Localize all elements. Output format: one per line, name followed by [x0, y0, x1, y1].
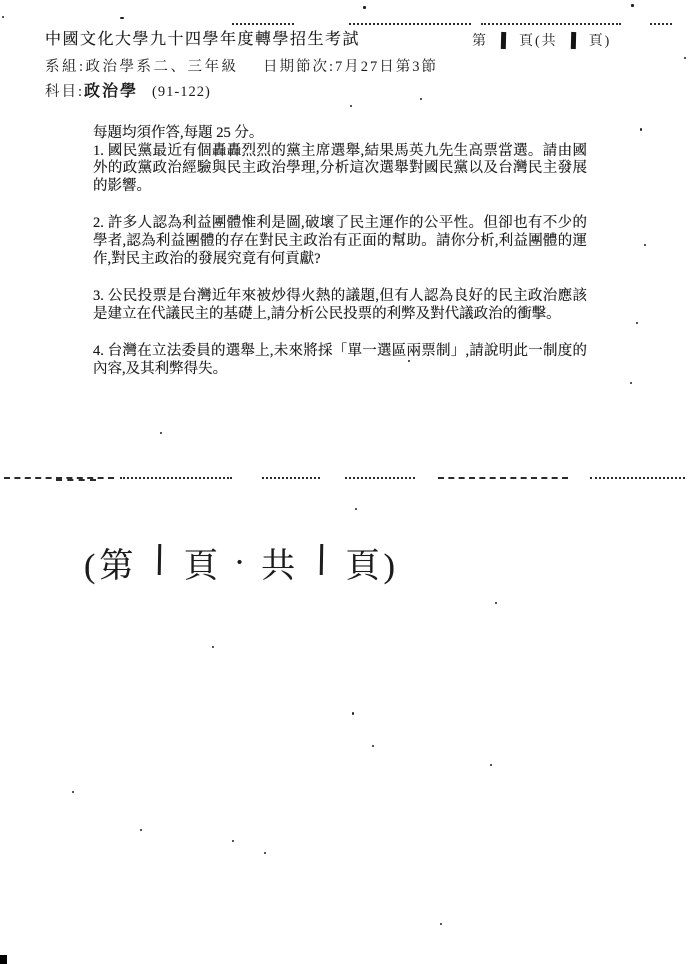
subject-line: 科目:政治學(91-122) — [45, 78, 211, 101]
handwritten-page-number-mark — [501, 31, 506, 48]
scan-speck — [2, 16, 4, 18]
scan-speck — [212, 646, 214, 648]
question-2-text: 許多人認為利益團體惟利是圖,破壞了民主運作的公平性。但卻也有不少的學者,認為利益… — [93, 215, 587, 266]
question-2-number: 2. — [93, 215, 104, 231]
subject-label: 科目: — [45, 84, 84, 100]
dotted-rule-top — [650, 23, 672, 25]
scan-speck — [352, 712, 354, 715]
page-header-suffix: 頁) — [589, 30, 612, 50]
scan-speck — [140, 829, 142, 831]
scan-speck — [372, 745, 374, 747]
scan-speck — [640, 128, 642, 131]
scan-speck — [490, 764, 492, 766]
scan-speck — [631, 4, 634, 7]
dotted-rule-top — [481, 23, 621, 25]
dotted-rule-top — [349, 23, 471, 25]
page-header-prefix: 第 — [472, 30, 488, 50]
scan-speck — [684, 57, 686, 59]
scan-speck — [495, 602, 497, 604]
question-4: 4. 台灣在立法委員的選舉上,未來將採「單一選區兩票制」,請說明此一制度的內容,… — [93, 343, 587, 378]
scan-speck — [363, 6, 366, 9]
scan-speck — [355, 508, 357, 510]
dashed-separator — [438, 477, 568, 479]
department-line: 系組:政治學系二、三年級 — [45, 55, 239, 76]
footer-close: 頁) — [346, 538, 399, 587]
question-4-text: 台灣在立法委員的選舉上,未來將採「單一選區兩票制」,請說明此一制度的內容,及其利… — [93, 343, 587, 377]
question-3-number: 3. — [93, 288, 104, 304]
scan-speck — [636, 322, 638, 324]
question-1-number: 1. — [93, 143, 104, 159]
scan-speck — [644, 244, 646, 246]
scan-speck — [72, 791, 74, 793]
handwritten-total-pages-mark — [320, 544, 323, 575]
dashed-separator — [345, 477, 415, 479]
scan-speck — [160, 432, 162, 434]
scanned-exam-page: 中國文化大學九十四學年度轉學招生考試 第 頁(共 頁) 系組:政治學系二、三年級… — [0, 0, 700, 964]
question-2: 2. 許多人認為利益團體惟利是圖,破壞了民主運作的公平性。但卻也有不少的學者,認… — [93, 215, 587, 268]
page-header-middle: 頁(共 — [519, 30, 558, 50]
exam-instructions: 每題均須作答,每題 25 分。 — [93, 125, 587, 143]
scan-speck — [350, 105, 352, 107]
dashed-separator — [120, 477, 232, 479]
exam-title: 中國文化大學九十四學年度轉學招生考試 — [45, 26, 360, 49]
scan-corner-artifact — [0, 955, 7, 964]
subject-name: 政治學 — [84, 83, 138, 100]
question-1-text: 國民黨最近有個轟轟烈烈的黨主席選舉,結果馬英九先生高票當選。請由國外的政黨政治經… — [93, 143, 587, 194]
scan-speck — [408, 360, 410, 362]
footer-separator-dot: · — [234, 544, 249, 582]
page-number-footer: (第 頁 · 共 頁) — [84, 538, 399, 587]
scan-speck — [120, 17, 124, 19]
exam-body: 每題均須作答,每題 25 分。 1. 國民黨最近有個轟轟烈烈的黨主席選舉,結果馬… — [93, 125, 587, 379]
scan-speck — [420, 98, 422, 100]
question-1: 1. 國民黨最近有個轟轟烈烈的黨主席選舉,結果馬英九先生高票當選。請由國外的政黨… — [93, 143, 587, 196]
subject-code: (91-122) — [152, 84, 211, 100]
scan-speck — [264, 852, 266, 854]
footer-page-word: 頁 — [184, 538, 222, 587]
dashed-separator — [56, 479, 96, 481]
footer-total-word: 共 — [261, 538, 299, 587]
scan-speck — [630, 382, 632, 384]
footer-open: (第 — [84, 538, 137, 587]
scan-speck — [248, 222, 250, 224]
handwritten-page-number-mark — [158, 544, 161, 575]
dotted-rule-top — [232, 23, 294, 25]
question-3-text: 公民投票是台灣近年來被炒得火熱的議題,但有人認為良好的民主政治應該是建立在代議民… — [93, 288, 587, 322]
question-4-number: 4. — [93, 343, 104, 359]
handwritten-total-pages-mark — [570, 31, 575, 48]
scan-speck — [232, 840, 234, 842]
page-number-header: 第 頁(共 頁) — [472, 30, 611, 50]
dashed-separator — [262, 477, 320, 479]
date-session-line: 日期節次:7月27日第3節 — [263, 55, 438, 76]
scan-speck — [440, 923, 442, 925]
dashed-separator — [590, 477, 685, 479]
question-3: 3. 公民投票是台灣近年來被炒得火熱的議題,但有人認為良好的民主政治應該是建立在… — [93, 288, 587, 323]
